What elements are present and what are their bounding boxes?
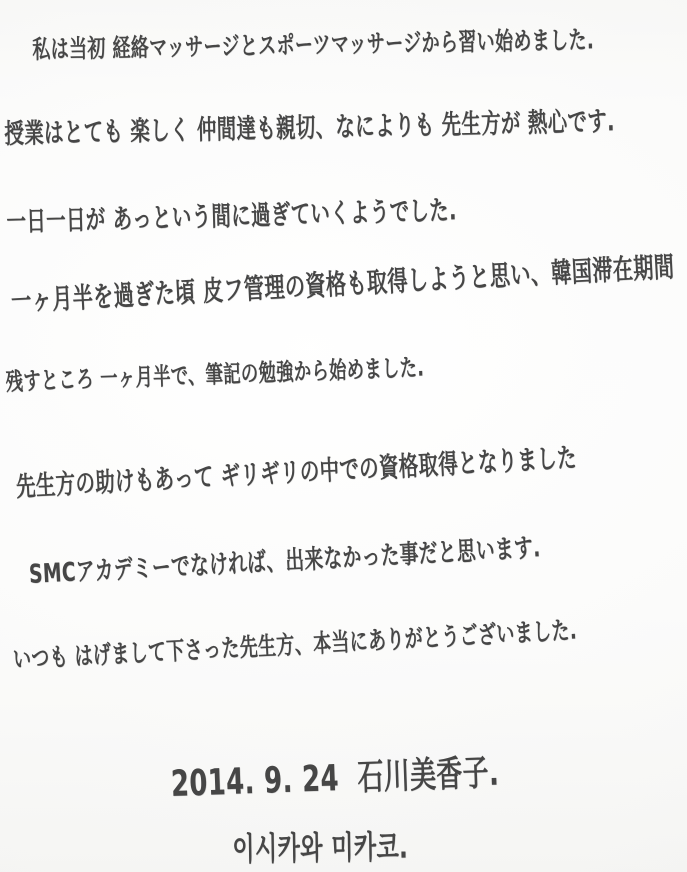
signature-date: 2014. 9. 24 [170, 758, 339, 805]
signature-line: 2014. 9. 24石川美香子. [170, 745, 500, 807]
note-line-1: 私は当初 経絡マッサージとスポーツマッサージから習い始めました. [32, 20, 594, 66]
note-line-4: 一ヶ月半を過ぎた頃 皮フ管理の資格も取得しようと思い、韓国滞在期間 [10, 245, 675, 320]
signature-name-japanese: 石川美香子. [357, 753, 500, 799]
note-line-8: いつも はげまして下さった先生方、本当にありがとうございました. [12, 610, 578, 676]
handwritten-note: 私は当初 経絡マッサージとスポーツマッサージから習い始めました. 授業はとても … [0, 0, 687, 872]
note-line-3: 一日一日が あっという間に過ぎていくようでした. [6, 188, 457, 239]
note-line-2: 授業はとても 楽しく 仲間達も親切、なによりも 先生方が 熱心です. [4, 99, 615, 151]
note-line-5: 残すところ 一ヶ月半で、筆記の勉強から始めました. [5, 347, 425, 397]
note-line-7: SMCアカデミーでなければ、出来なかった事だと思います. [28, 527, 541, 591]
signature-name-korean: 이시카와 미카코. [232, 822, 408, 870]
note-line-6: 先生方の助けもあって ギリギリの中での資格取得となりました [15, 436, 578, 504]
